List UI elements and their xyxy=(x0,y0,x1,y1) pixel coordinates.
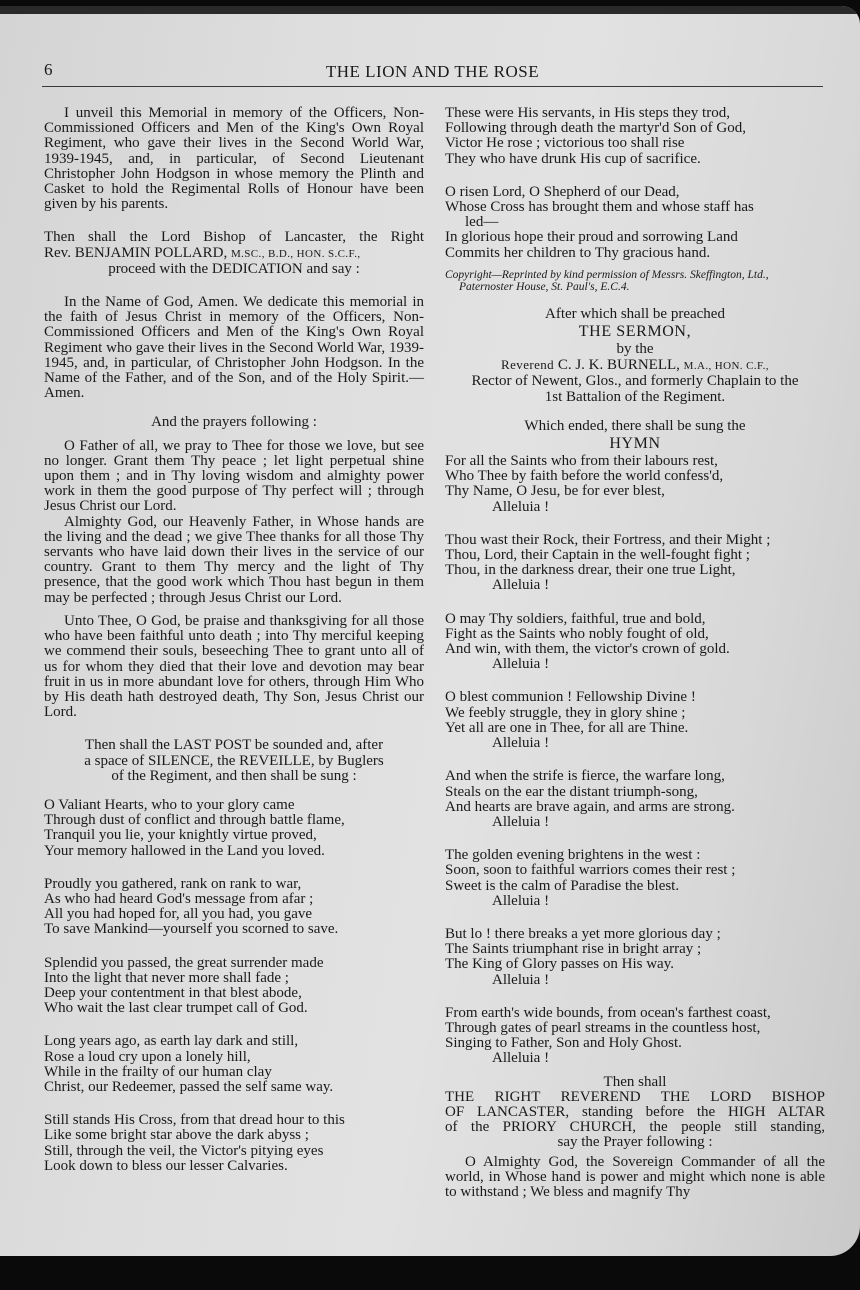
verse-line: O Valiant Hearts, who to your glory came xyxy=(44,798,424,813)
copyright-notice: Copyright—Reprinted by kind permission o… xyxy=(445,269,825,293)
stanza: O blest communion ! Fellowship Divine !W… xyxy=(445,690,825,751)
preacher-battalion: 1st Battalion of the Regiment. xyxy=(445,390,825,405)
verse-line: Whose Cross has brought them and whose s… xyxy=(445,200,825,215)
verse-line: Your memory hallowed in the Land you lov… xyxy=(44,844,424,859)
sermon-heading: THE SERMON, xyxy=(445,322,825,342)
verse-line: The King of Glory passes on His way. xyxy=(445,957,825,972)
alleluia-refrain: Alleluia ! xyxy=(445,894,825,909)
bishop-name: Rev. BENJAMIN POLLARD, xyxy=(44,245,227,261)
prayer-3: Unto Thee, O God, be praise and thanksgi… xyxy=(44,614,424,720)
verse-line: Rose a loud cry upon a lonely hill, xyxy=(44,1050,424,1065)
verse-line: From earth's wide bounds, from ocean's f… xyxy=(445,1006,825,1021)
verse-line: But lo ! there breaks a yet more gloriou… xyxy=(445,927,825,942)
bishop-prayer-instruction: THE RIGHT REVEREND THE LORD BISHOP OF LA… xyxy=(445,1090,825,1151)
copyright-line: Paternoster House, St. Paul's, E.C.4. xyxy=(445,281,825,293)
verse-line: Proudly you gathered, rank on rank to wa… xyxy=(44,877,424,892)
instruction-line: of the Regiment, and then shall be sung … xyxy=(44,769,424,784)
stanza: O Valiant Hearts, who to your glory came… xyxy=(44,798,424,859)
verse-line: Into the light that never more shall fad… xyxy=(44,971,424,986)
verse-line: Look down to bless our lesser Calvaries. xyxy=(44,1159,424,1174)
verse-line: These were His servants, in His steps th… xyxy=(445,106,825,121)
verse-line: Christ, our Redeemer, passed the self sa… xyxy=(44,1080,424,1095)
verse-line: As who had heard God's message from afar… xyxy=(44,892,424,907)
preacher-role: Rector of Newent, Glos., and formerly Ch… xyxy=(445,374,825,389)
stanza: From earth's wide bounds, from ocean's f… xyxy=(445,1006,825,1067)
instruction-line: OF LANCASTER, standing before the HIGH A… xyxy=(445,1105,825,1120)
verse-line: O blest communion ! Fellowship Divine ! xyxy=(445,690,825,705)
verse-line: Long years ago, as earth lay dark and st… xyxy=(44,1034,424,1049)
unveil-paragraph: I unveil this Memorial in memory of the … xyxy=(44,106,424,212)
preacher-honorific: Reverend xyxy=(501,357,554,372)
valiant-hearts-hymn: O Valiant Hearts, who to your glory came… xyxy=(44,798,424,1174)
verse-line: They who have drunk His cup of sacrifice… xyxy=(445,152,825,167)
verse-line: O may Thy soldiers, faithful, true and b… xyxy=(445,612,825,627)
page-header: 6 THE LION AND THE ROSE xyxy=(42,60,823,87)
prayer-1: O Father of all, we pray to Thee for tho… xyxy=(44,439,424,515)
final-prayer: O Almighty God, the Sovereign Commander … xyxy=(445,1155,825,1201)
stanza: These were His servants, in His steps th… xyxy=(445,106,825,167)
verse-line: Still stands His Cross, from that dread … xyxy=(44,1113,424,1128)
bishop-instruction-line-2: Rev. BENJAMIN POLLARD, M.SC., B.D., HON.… xyxy=(44,246,424,262)
alleluia-refrain: Alleluia ! xyxy=(445,500,825,515)
preacher-line: Reverend C. J. K. BURNELL, M.A., HON. C.… xyxy=(445,357,825,374)
verse-line: Like some bright star above the dark aby… xyxy=(44,1128,424,1143)
document-page: 6 THE LION AND THE ROSE I unveil this Me… xyxy=(0,6,860,1256)
alleluia-refrain: Alleluia ! xyxy=(445,1051,825,1066)
running-title: THE LION AND THE ROSE xyxy=(42,62,823,82)
sermon-intro: After which shall be preached xyxy=(445,307,825,322)
alleluia-refrain: Alleluia ! xyxy=(445,657,825,672)
verse-line: Soon, soon to faithful warriors comes th… xyxy=(445,863,825,878)
last-post-instruction: Then shall the LAST POST be sounded and,… xyxy=(44,738,424,784)
stanza: Thou wast their Rock, their Fortress, an… xyxy=(445,533,825,594)
verse-line: Thou, Lord, their Captain in the well-fo… xyxy=(445,548,825,563)
verse-line: Deep your contentment in that blest abod… xyxy=(44,986,424,1001)
preacher-name: C. J. K. BURNELL, xyxy=(558,357,680,373)
copyright-line: Copyright—Reprinted by kind permission o… xyxy=(445,269,825,281)
stanza: Proudly you gathered, rank on rank to wa… xyxy=(44,877,424,938)
verse-line: Who Thee by faith before the world confe… xyxy=(445,469,825,484)
alleluia-refrain: Alleluia ! xyxy=(445,815,825,830)
verse-line: led— xyxy=(445,215,825,230)
verse-line: We feebly struggle, they in glory shine … xyxy=(445,706,825,721)
then-shall: Then shall xyxy=(445,1075,825,1090)
prayer-2: Almighty God, our Heavenly Father, in Wh… xyxy=(44,515,424,606)
verse-line: O risen Lord, O Shepherd of our Dead, xyxy=(445,185,825,200)
instruction-line: say the Prayer following : xyxy=(445,1135,825,1150)
instruction-line: a space of SILENCE, the REVEILLE, by Bug… xyxy=(44,754,424,769)
verse-line: Singing to Father, Son and Holy Ghost. xyxy=(445,1036,825,1051)
hymn-heading: HYMN xyxy=(445,434,825,454)
stanza: For all the Saints who from their labour… xyxy=(445,454,825,515)
stanza: Still stands His Cross, from that dread … xyxy=(44,1113,424,1174)
stanza: O may Thy soldiers, faithful, true and b… xyxy=(445,612,825,673)
for-all-the-saints-hymn: For all the Saints who from their labour… xyxy=(445,454,825,1067)
verse-line: Splendid you passed, the great surrender… xyxy=(44,956,424,971)
sermon-by: by the xyxy=(445,342,825,357)
verse-line: Through gates of pearl streams in the co… xyxy=(445,1021,825,1036)
verse-line: Fight as the Saints who nobly fought of … xyxy=(445,627,825,642)
verse-line: And win, with them, the victor's crown o… xyxy=(445,642,825,657)
instruction-line: of the PRIORY CHURCH, the people still s… xyxy=(445,1120,825,1135)
verse-line: Tranquil you lie, your knightly virtue p… xyxy=(44,828,424,843)
right-column: These were His servants, in His steps th… xyxy=(445,106,825,1200)
left-column: I unveil this Memorial in memory of the … xyxy=(44,106,424,1174)
verse-line: Commits her children to Thy gracious han… xyxy=(445,246,825,261)
verse-line: The golden evening brightens in the west… xyxy=(445,848,825,863)
verse-line: Victor He rose ; victorious too shall ri… xyxy=(445,136,825,151)
instruction-line: Then shall the LAST POST be sounded and,… xyxy=(44,738,424,753)
verse-line: While in the frailty of our human clay xyxy=(44,1065,424,1080)
verse-line: All you had hoped for, all you had, you … xyxy=(44,907,424,922)
stanza: But lo ! there breaks a yet more gloriou… xyxy=(445,927,825,988)
alleluia-refrain: Alleluia ! xyxy=(445,973,825,988)
risen-lord-stanza: O risen Lord, O Shepherd of our Dead, Wh… xyxy=(445,185,825,261)
verse-line: For all the Saints who from their labour… xyxy=(445,454,825,469)
verse-line: Yet all are one in Thee, for all are Thi… xyxy=(445,721,825,736)
verse-line: Still, through the veil, the Victor's pi… xyxy=(44,1144,424,1159)
page-top-shadow xyxy=(0,6,860,14)
valiant-hearts-continued: These were His servants, in His steps th… xyxy=(445,106,825,167)
verse-line: Following through death the martyr'd Son… xyxy=(445,121,825,136)
instruction-line: THE RIGHT REVEREND THE LORD BISHOP xyxy=(445,1090,825,1105)
verse-line: Thy Name, O Jesu, be for ever blest, xyxy=(445,484,825,499)
stanza: Long years ago, as earth lay dark and st… xyxy=(44,1034,424,1095)
verse-line: Sweet is the calm of Paradise the blest. xyxy=(445,879,825,894)
verse-line: Through dust of conflict and through bat… xyxy=(44,813,424,828)
verse-line: To save Mankind—yourself you scorned to … xyxy=(44,922,424,937)
verse-line: Thou wast their Rock, their Fortress, an… xyxy=(445,533,825,548)
hymn-intro: Which ended, there shall be sung the xyxy=(445,419,825,434)
alleluia-refrain: Alleluia ! xyxy=(445,736,825,751)
bishop-titles: M.SC., B.D., HON. S.C.F., xyxy=(231,248,361,260)
stanza: The golden evening brightens in the west… xyxy=(445,848,825,909)
verse-line: And hearts are brave again, and arms are… xyxy=(445,800,825,815)
prayers-heading: And the prayers following : xyxy=(44,415,424,430)
verse-line: Thou, in the darkness drear, their one t… xyxy=(445,563,825,578)
verse-line: Steals on the ear the distant triumph-so… xyxy=(445,785,825,800)
preacher-titles: M.A., HON. C.F., xyxy=(684,360,769,372)
dedication-paragraph: In the Name of God, Amen. We dedicate th… xyxy=(44,295,424,401)
verse-line: In glorious hope their proud and sorrowi… xyxy=(445,230,825,245)
verse-line: The Saints triumphant rise in bright arr… xyxy=(445,942,825,957)
stanza: And when the strife is fierce, the warfa… xyxy=(445,769,825,830)
verse-line: And when the strife is fierce, the warfa… xyxy=(445,769,825,784)
bishop-instruction-line-3: proceed with the DEDICATION and say : xyxy=(44,262,424,277)
stanza: Splendid you passed, the great surrender… xyxy=(44,956,424,1017)
verse-line: Who wait the last clear trumpet call of … xyxy=(44,1001,424,1016)
alleluia-refrain: Alleluia ! xyxy=(445,578,825,593)
bishop-instruction-line-1: Then shall the Lord Bishop of Lancaster,… xyxy=(44,230,424,245)
